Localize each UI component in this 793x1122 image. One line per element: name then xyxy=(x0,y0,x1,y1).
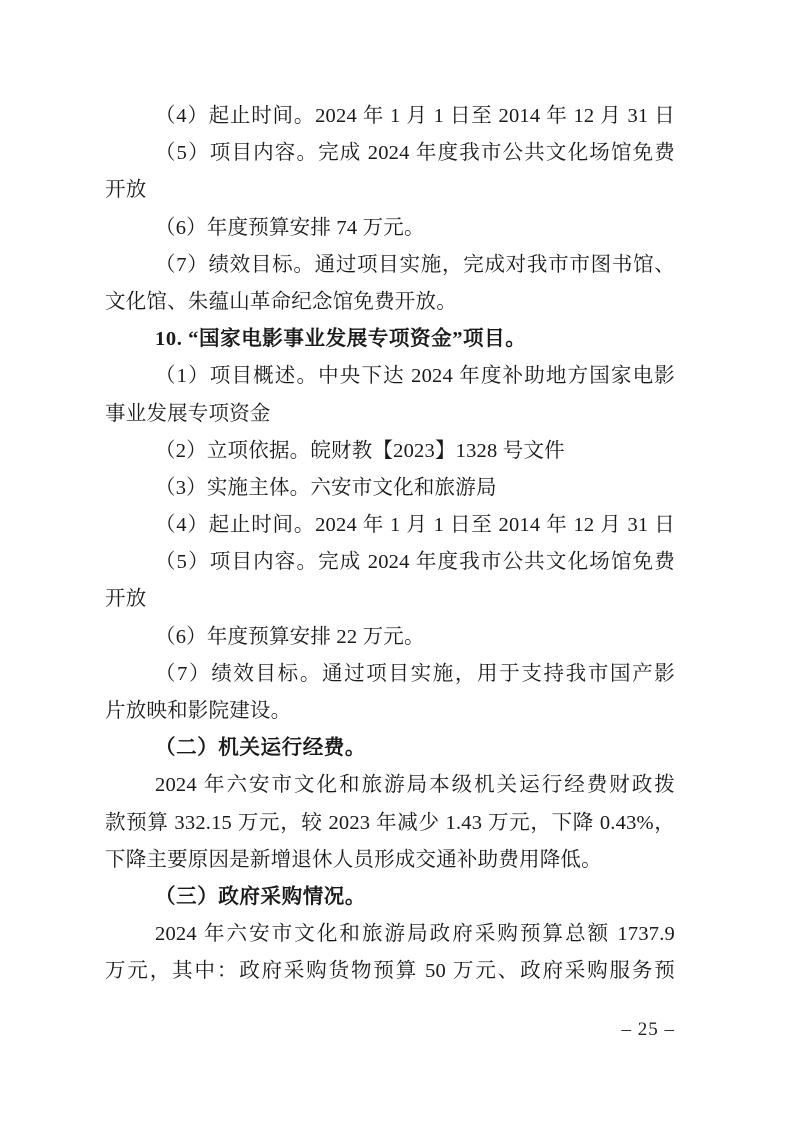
text-line: （5）项目内容。完成 2024 年度我市公共文化场馆免费 xyxy=(105,544,675,581)
text-line: （5）项目内容。完成 2024 年度我市公共文化场馆免费 xyxy=(105,135,675,172)
document-body: （4）起止时间。2024 年 1 月 1 日至 2014 年 12 月 31 日… xyxy=(105,98,675,991)
text-line: （3）实施主体。六安市文化和旅游局 xyxy=(105,470,675,507)
text-line: 2024 年六安市文化和旅游局政府采购预算总额 1737.9 xyxy=(105,916,675,953)
text-line: 片放映和影院建设。 xyxy=(105,693,675,730)
text-line: 下降主要原因是新增退休人员形成交通补助费用降低。 xyxy=(105,842,675,879)
text-line: （1）项目概述。中央下达 2024 年度补助地方国家电影 xyxy=(105,358,675,395)
text-line: （6）年度预算安排 74 万元。 xyxy=(105,210,675,247)
text-line: 开放 xyxy=(105,581,675,618)
text-line: 文化馆、朱蕴山革命纪念馆免费开放。 xyxy=(105,284,675,321)
text-line: （4）起止时间。2024 年 1 月 1 日至 2014 年 12 月 31 日 xyxy=(105,98,675,135)
text-line: （2）立项依据。皖财教【2023】1328 号文件 xyxy=(105,433,675,470)
text-line: （7）绩效目标。通过项目实施，用于支持我市国产影 xyxy=(105,656,675,693)
text-line: 万元，其中：政府采购货物预算 50 万元、政府采购服务预 xyxy=(105,953,675,990)
document-page: （4）起止时间。2024 年 1 月 1 日至 2014 年 12 月 31 日… xyxy=(0,0,793,1122)
page-number: – 25 – xyxy=(105,1019,675,1041)
text-line: 事业发展专项资金 xyxy=(105,396,675,433)
text-line: （6）年度预算安排 22 万元。 xyxy=(105,619,675,656)
section-heading: （三）政府采购情况。 xyxy=(105,879,675,916)
text-line: （4）起止时间。2024 年 1 月 1 日至 2014 年 12 月 31 日 xyxy=(105,507,675,544)
text-line: 开放 xyxy=(105,172,675,209)
text-line: （7）绩效目标。通过项目实施，完成对我市市图书馆、 xyxy=(105,247,675,284)
section-heading: （二）机关运行经费。 xyxy=(105,730,675,767)
text-line: 2024 年六安市文化和旅游局本级机关运行经费财政拨 xyxy=(105,767,675,804)
section-heading: 10. “国家电影事业发展专项资金”项目。 xyxy=(105,321,675,358)
text-line: 款预算 332.15 万元，较 2023 年减少 1.43 万元，下降 0.43… xyxy=(105,805,675,842)
